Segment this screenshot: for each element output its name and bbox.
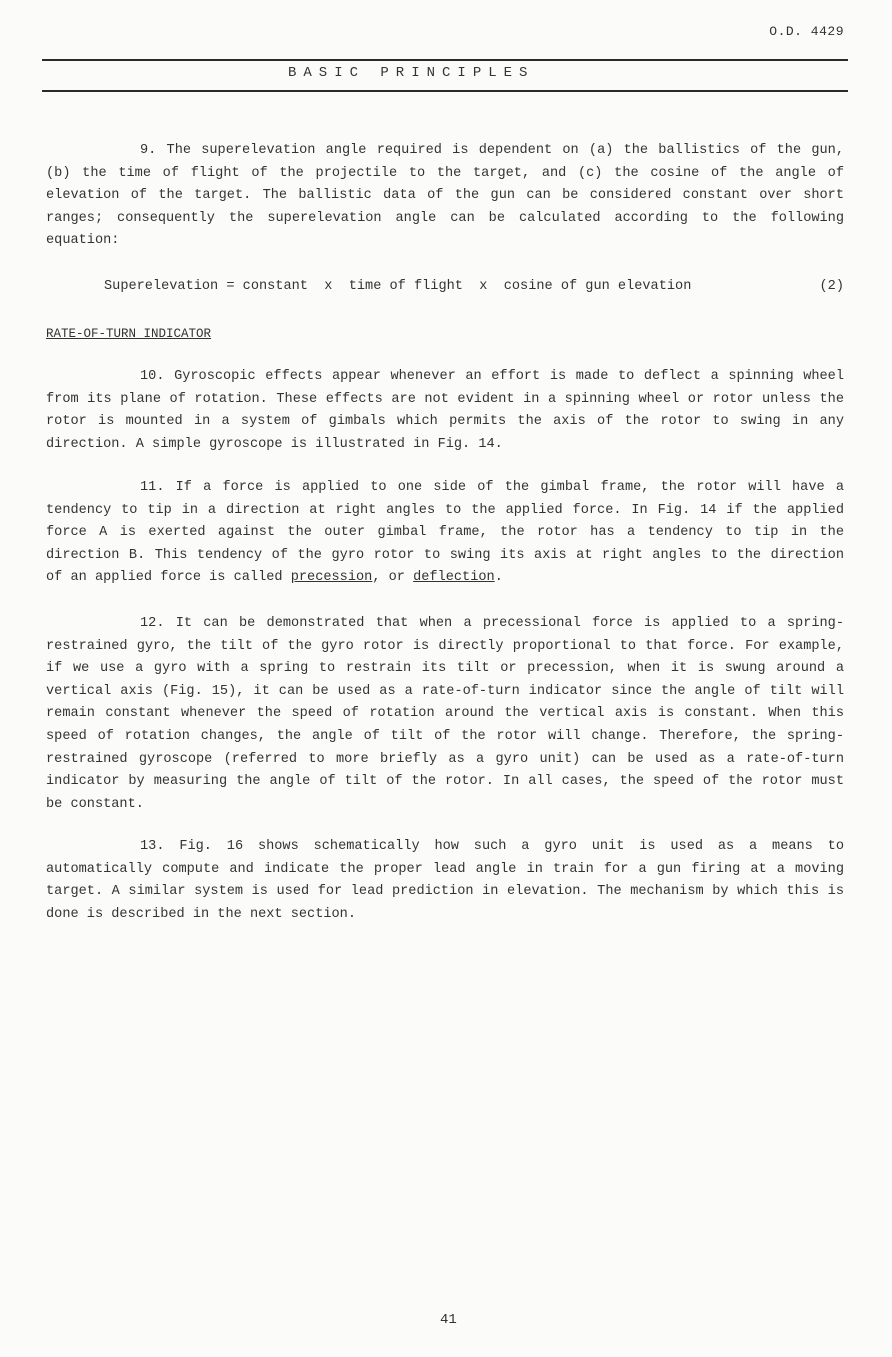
paragraph-11-end: . <box>495 570 503 585</box>
section-title: BASIC PRINCIPLES <box>288 65 534 81</box>
paragraph-13-text: 13. Fig. 16 shows schematically how such… <box>46 836 844 926</box>
page-number: 41 <box>440 1312 457 1328</box>
document-reference: O.D. 4429 <box>769 24 844 39</box>
paragraph-9: 9. The superelevation angle required is … <box>46 140 844 253</box>
equation-number: (2) <box>820 279 844 294</box>
header-rule-bottom <box>42 90 848 92</box>
term-deflection: deflection <box>413 570 495 585</box>
paragraph-13: 13. Fig. 16 shows schematically how such… <box>46 836 844 926</box>
term-precession: precession <box>291 570 373 585</box>
paragraph-11: 11. If a force is applied to one side of… <box>46 477 844 590</box>
equation: Superelevation = constant x time of flig… <box>104 279 844 294</box>
section-heading: RATE-OF-TURN INDICATOR <box>46 327 211 341</box>
paragraph-9-text: 9. The superelevation angle required is … <box>46 140 844 253</box>
paragraph-12: 12. It can be demonstrated that when a p… <box>46 613 844 816</box>
equation-text: Superelevation = constant x time of flig… <box>104 279 691 294</box>
paragraph-10: 10. Gyroscopic effects appear whenever a… <box>46 366 844 456</box>
paragraph-10-text: 10. Gyroscopic effects appear whenever a… <box>46 366 844 456</box>
header-rule-top <box>42 59 848 61</box>
paragraph-12-text: 12. It can be demonstrated that when a p… <box>46 613 844 816</box>
paragraph-11-middle: , or <box>372 570 413 585</box>
paragraph-11-text: 11. If a force is applied to one side of… <box>46 477 844 590</box>
